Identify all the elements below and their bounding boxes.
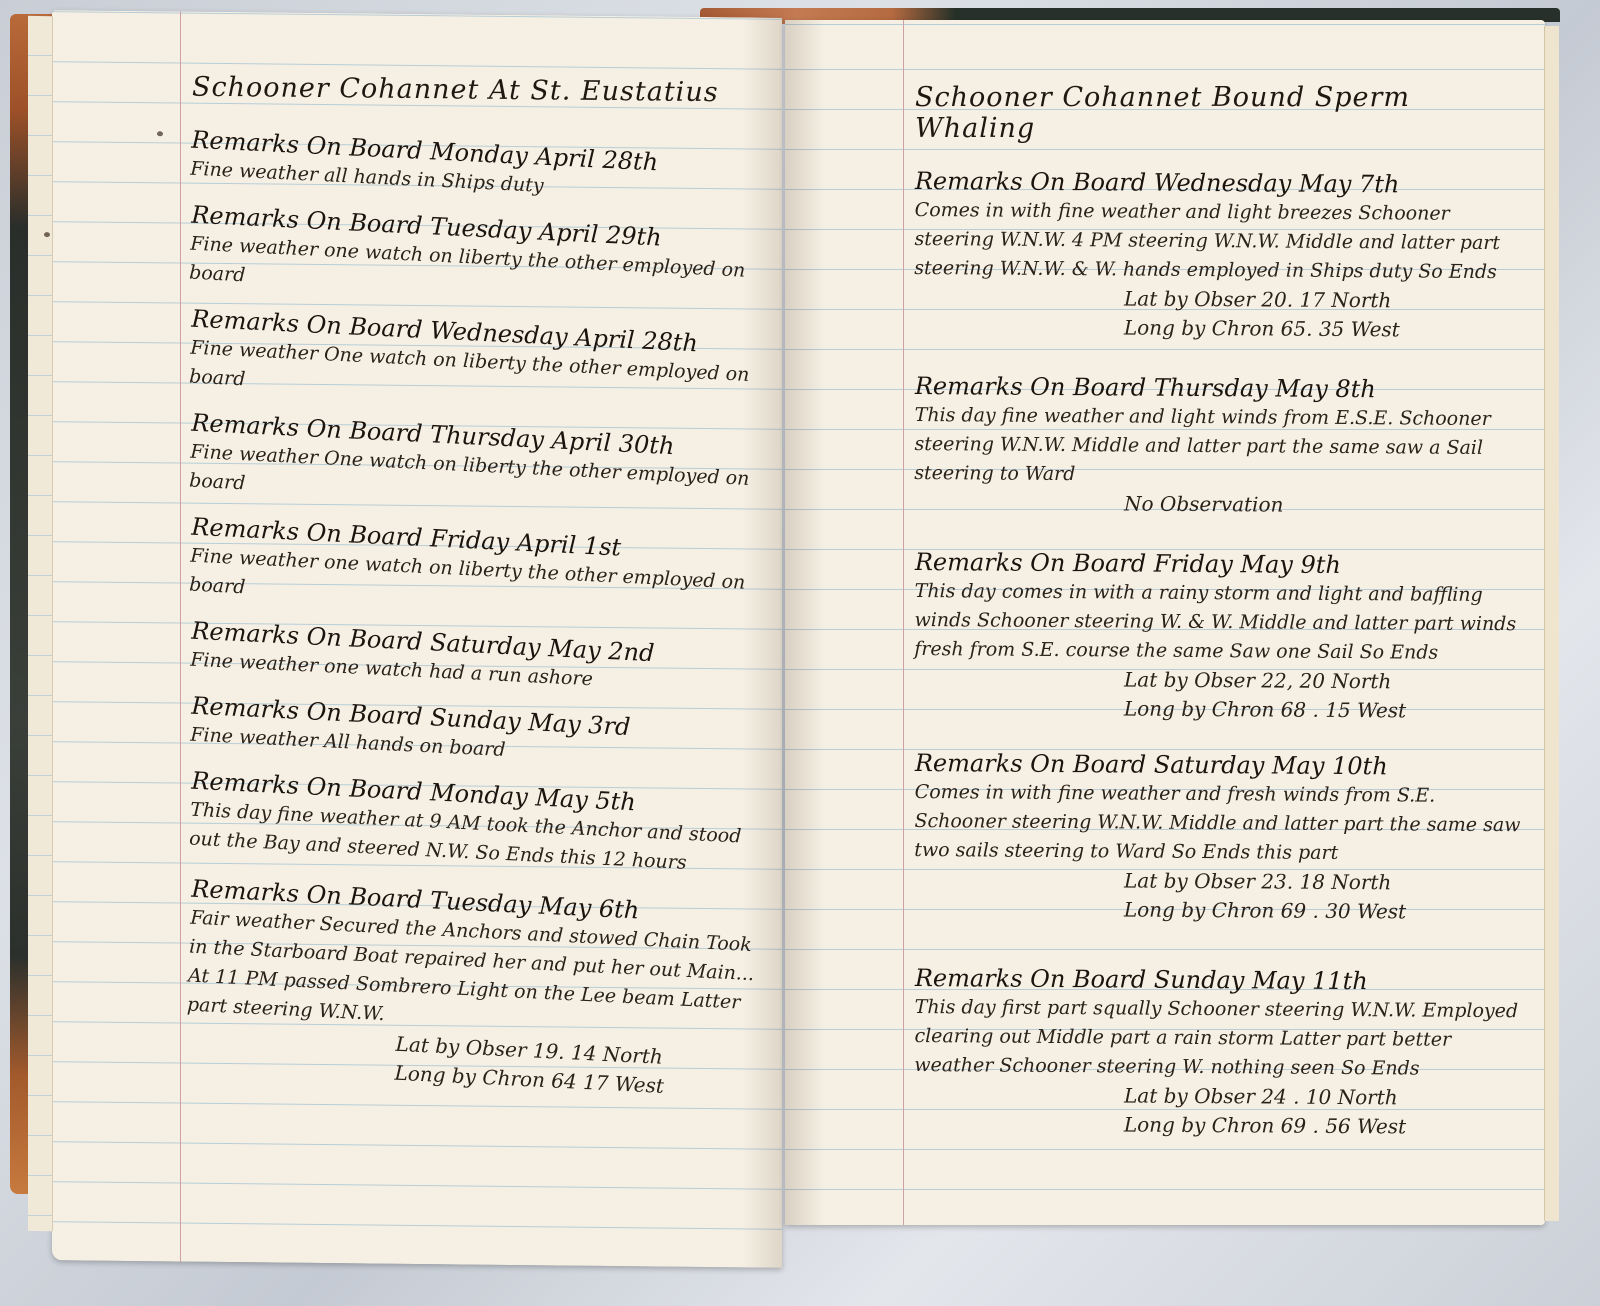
longitude-reading: Long by Chron 65. 35 West — [914, 312, 1524, 345]
ink-spot — [44, 232, 50, 237]
left-page: Schooner Cohannet At St. Eustatius Remar… — [52, 10, 782, 1268]
margin-line — [903, 20, 904, 1225]
log-entry: Remarks On Board Sunday May 11th This da… — [914, 963, 1525, 1142]
left-page-content: Schooner Cohannet At St. Eustatius Remar… — [192, 72, 762, 1100]
log-entry: Remarks On Board Thursday April 30th Fin… — [189, 408, 762, 524]
longitude-reading: Long by Chron 69 . 30 West — [914, 894, 1524, 927]
log-entry: Remarks On Board Friday April 1st Fine w… — [189, 512, 762, 628]
ink-spot — [157, 131, 163, 136]
log-entry: Remarks On Board Monday April 28th Fine … — [190, 125, 762, 212]
log-entry: Remarks On Board Friday May 9th This day… — [914, 547, 1525, 726]
log-entry: Remarks On Board Thursday May 8th This d… — [914, 371, 1525, 521]
log-entry: Remarks On Board Saturday May 2nd Fine w… — [190, 616, 762, 703]
right-page: Schooner Cohannet Bound Sperm Whaling Re… — [785, 20, 1545, 1225]
log-entry: Remarks On Board Sunday May 3rd Fine wea… — [190, 691, 762, 778]
log-entry: Remarks On Board Tuesday April 29th Fine… — [189, 200, 762, 316]
right-page-content: Schooner Cohannet Bound Sperm Whaling Re… — [915, 82, 1525, 1154]
latitude-reading: Lat by Obser 22, 20 North — [914, 664, 1524, 697]
page-heading: Schooner Cohannet Bound Sperm Whaling — [915, 82, 1525, 144]
log-entry: Remarks On Board Wednesday April 28th Fi… — [189, 304, 762, 420]
latitude-reading: Lat by Obser 24 . 10 North — [914, 1080, 1524, 1113]
entry-title: Remarks On Board Friday May 9th — [915, 547, 1525, 581]
entry-title: Remarks On Board Sunday May 11th — [915, 963, 1525, 997]
log-entry: Remarks On Board Monday May 5th This day… — [189, 766, 762, 882]
latitude-reading: Lat by Obser 23. 18 North — [914, 865, 1524, 898]
longitude-reading: Long by Chron 68 . 15 West — [914, 693, 1524, 726]
log-entry: Remarks On Board Wednesday May 7th Comes… — [914, 166, 1525, 345]
entry-title: Remarks On Board Wednesday May 7th — [915, 166, 1525, 200]
observation-note: No Observation — [914, 488, 1524, 521]
entry-body: This day comes in with a rainy storm and… — [914, 577, 1525, 668]
margin-line — [180, 12, 181, 1262]
page-heading: Schooner Cohannet At St. Eustatius — [192, 72, 762, 109]
entry-body: Comes in with fine weather and light bre… — [914, 196, 1525, 287]
latitude-reading: Lat by Obser 20. 17 North — [914, 283, 1524, 316]
log-entry: Remarks On Board Tuesday May 6th Fair we… — [184, 874, 761, 1106]
entry-title: Remarks On Board Saturday May 10th — [915, 748, 1525, 782]
entry-body: This day first part squally Schooner ste… — [914, 993, 1525, 1084]
log-entry: Remarks On Board Saturday May 10th Comes… — [914, 748, 1525, 927]
entry-title: Remarks On Board Thursday May 8th — [915, 371, 1525, 405]
longitude-reading: Long by Chron 69 . 56 West — [914, 1109, 1524, 1142]
entry-body: This day fine weather and light winds fr… — [914, 401, 1525, 492]
entry-body: Comes in with fine weather and fresh win… — [914, 778, 1525, 869]
